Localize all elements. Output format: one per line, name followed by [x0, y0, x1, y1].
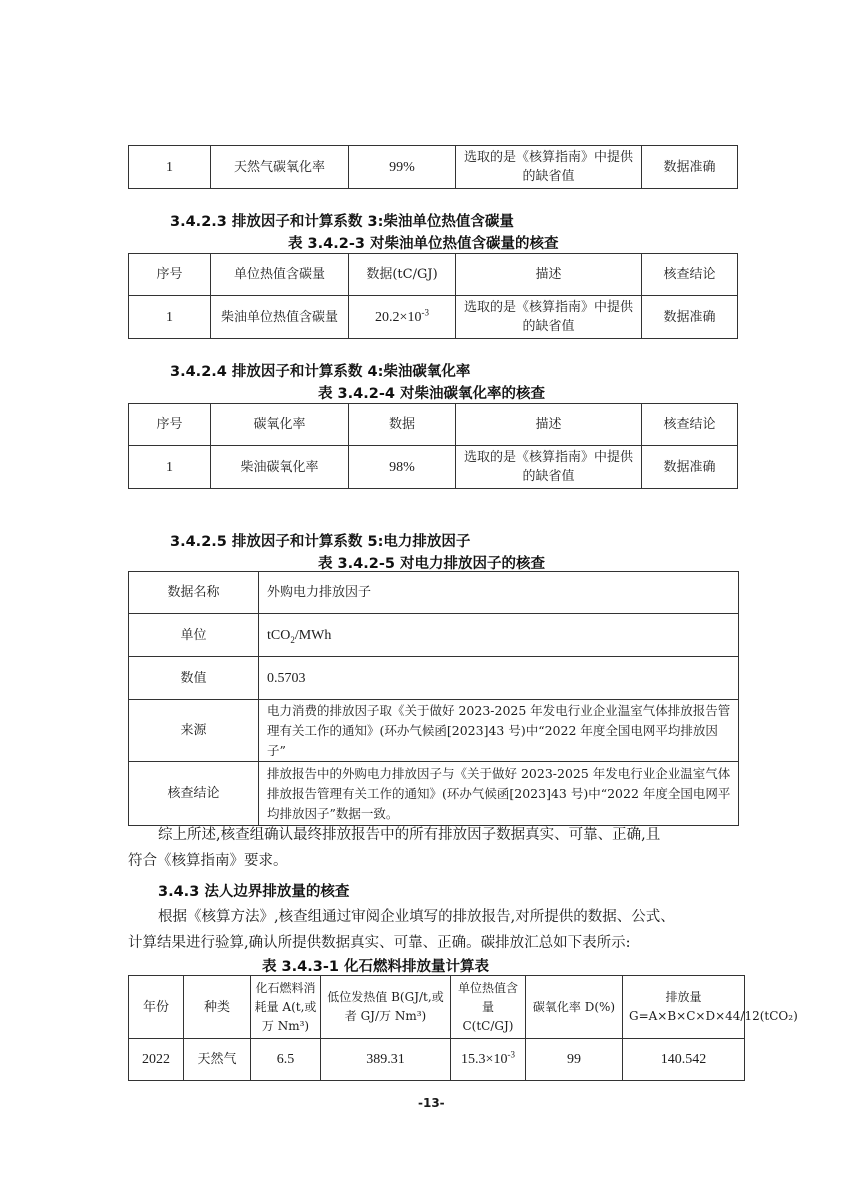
section-heading-343: 3.4.3 法人边界排放量的核查 — [158, 880, 349, 901]
value-value: 0.5703 — [259, 657, 739, 700]
label-source: 来源 — [129, 700, 259, 762]
cell-year: 2022 — [129, 1039, 184, 1081]
cell-description: 选取的是《核算指南》中提供的缺省值 — [456, 296, 642, 339]
label-conclusion: 核查结论 — [129, 762, 259, 826]
table-row: 1 天然气碳氧化率 99% 选取的是《核算指南》中提供的缺省值 数据准确 — [129, 146, 738, 189]
header-index: 序号 — [129, 254, 211, 296]
header-type: 种类 — [184, 976, 251, 1039]
section-343-paragraph-line-2: 计算结果进行验算,确认所提供数据真实、可靠、正确。碳排放汇总如下表所示: — [128, 930, 631, 956]
table-caption-3423: 表 3.4.2-3 对柴油单位热值含碳量的核查 — [288, 232, 559, 253]
cell-emission: 140.542 — [623, 1039, 745, 1081]
cell-description: 选取的是《核算指南》中提供的缺省值 — [456, 146, 642, 189]
value-conclusion: 排放报告中的外购电力排放因子与《关于做好 2023-2025 年发电行业企业温室… — [259, 762, 739, 826]
fossil-fuel-emission-table: 年份 种类 化石燃料消耗量 A(t,或万 Nm³) 低位发热值 B(GJ/t,或… — [128, 975, 745, 1081]
cell-type: 天然气 — [184, 1039, 251, 1081]
diesel-oxidation-table: 序号 碳氧化率 数据 描述 核查结论 1 柴油碳氧化率 98% 选取的是《核算指… — [128, 403, 738, 489]
header-emission: 排放量 G=A×B×C×D×44/12(tCO₂) — [623, 976, 745, 1039]
header-value: 数据(tC/GJ) — [349, 254, 456, 296]
cell-name: 柴油碳氧化率 — [211, 446, 349, 489]
electricity-factor-table: 数据名称 外购电力排放因子 单位 tCO2/MWh 数值 0.5703 来源 电… — [128, 571, 739, 826]
table-row: 来源 电力消费的排放因子取《关于做好 2023-2025 年发电行业企业温室气体… — [129, 700, 739, 762]
section-343-paragraph-line-1: 根据《核算方法》,核查组通过审阅企业填写的排放报告,对所提供的数据、公式、 — [158, 904, 675, 930]
cell-ncv: 389.31 — [321, 1039, 451, 1081]
diesel-carbon-content-table: 序号 单位热值含碳量 数据(tC/GJ) 描述 核查结论 1 柴油单位热值含碳量… — [128, 253, 738, 339]
cell-conclusion: 数据准确 — [642, 146, 738, 189]
cell-value: 20.2×10-3 — [349, 296, 456, 339]
table-row: 数值 0.5703 — [129, 657, 739, 700]
cell-carbon-content: 15.3×10-3 — [451, 1039, 526, 1081]
table-header-row: 序号 单位热值含碳量 数据(tC/GJ) 描述 核查结论 — [129, 254, 738, 296]
cell-index: 1 — [129, 446, 211, 489]
cell-name: 天然气碳氧化率 — [211, 146, 349, 189]
summary-paragraph-line-2: 符合《核算指南》要求。 — [128, 848, 288, 874]
header-consumption: 化石燃料消耗量 A(t,或万 Nm³) — [251, 976, 321, 1039]
page-number: -13- — [418, 1096, 445, 1110]
cell-conclusion: 数据准确 — [642, 446, 738, 489]
header-conclusion: 核查结论 — [642, 404, 738, 446]
table-row: 核查结论 排放报告中的外购电力排放因子与《关于做好 2023-2025 年发电行… — [129, 762, 739, 826]
header-oxidation: 碳氧化率 D(%) — [526, 976, 623, 1039]
table-header-row: 年份 种类 化石燃料消耗量 A(t,或万 Nm³) 低位发热值 B(GJ/t,或… — [129, 976, 745, 1039]
cell-value: 98% — [349, 446, 456, 489]
label-data-name: 数据名称 — [129, 572, 259, 614]
section-heading-3423: 3.4.2.3 排放因子和计算系数 3:柴油单位热值含碳量 — [170, 210, 514, 231]
table-row: 1 柴油单位热值含碳量 20.2×10-3 选取的是《核算指南》中提供的缺省值 … — [129, 296, 738, 339]
table-row: 数据名称 外购电力排放因子 — [129, 572, 739, 614]
header-carbon-content: 单位热值含量 C(tC/GJ) — [451, 976, 526, 1039]
header-name: 碳氧化率 — [211, 404, 349, 446]
cell-consumption: 6.5 — [251, 1039, 321, 1081]
cell-value: 99% — [349, 146, 456, 189]
cell-description: 选取的是《核算指南》中提供的缺省值 — [456, 446, 642, 489]
cell-index: 1 — [129, 146, 211, 189]
header-value: 数据 — [349, 404, 456, 446]
value-data-name: 外购电力排放因子 — [259, 572, 739, 614]
cell-name: 柴油单位热值含碳量 — [211, 296, 349, 339]
table-row: 单位 tCO2/MWh — [129, 614, 739, 657]
section-heading-3425: 3.4.2.5 排放因子和计算系数 5:电力排放因子 — [170, 530, 470, 551]
header-ncv: 低位发热值 B(GJ/t,或者 GJ/万 Nm³) — [321, 976, 451, 1039]
value-source: 电力消费的排放因子取《关于做好 2023-2025 年发电行业企业温室气体排放报… — [259, 700, 739, 762]
summary-paragraph-line-1: 综上所述,核查组确认最终排放报告中的所有排放因子数据真实、可靠、正确,且 — [158, 822, 660, 848]
cell-index: 1 — [129, 296, 211, 339]
value-unit: tCO2/MWh — [259, 614, 739, 657]
cell-oxidation: 99 — [526, 1039, 623, 1081]
header-conclusion: 核查结论 — [642, 254, 738, 296]
label-unit: 单位 — [129, 614, 259, 657]
table-caption-3424: 表 3.4.2-4 对柴油碳氧化率的核查 — [318, 382, 545, 403]
header-description: 描述 — [456, 254, 642, 296]
header-name: 单位热值含碳量 — [211, 254, 349, 296]
table-caption-3425: 表 3.4.2-5 对电力排放因子的核查 — [318, 552, 545, 573]
header-year: 年份 — [129, 976, 184, 1039]
table-caption-3431: 表 3.4.3-1 化石燃料排放量计算表 — [262, 955, 489, 976]
table-row: 2022 天然气 6.5 389.31 15.3×10-3 99 140.542 — [129, 1039, 745, 1081]
natural-gas-oxidation-table: 1 天然气碳氧化率 99% 选取的是《核算指南》中提供的缺省值 数据准确 — [128, 145, 738, 189]
header-description: 描述 — [456, 404, 642, 446]
cell-conclusion: 数据准确 — [642, 296, 738, 339]
table-header-row: 序号 碳氧化率 数据 描述 核查结论 — [129, 404, 738, 446]
section-heading-3424: 3.4.2.4 排放因子和计算系数 4:柴油碳氧化率 — [170, 360, 470, 381]
label-value: 数值 — [129, 657, 259, 700]
table-row: 1 柴油碳氧化率 98% 选取的是《核算指南》中提供的缺省值 数据准确 — [129, 446, 738, 489]
header-index: 序号 — [129, 404, 211, 446]
